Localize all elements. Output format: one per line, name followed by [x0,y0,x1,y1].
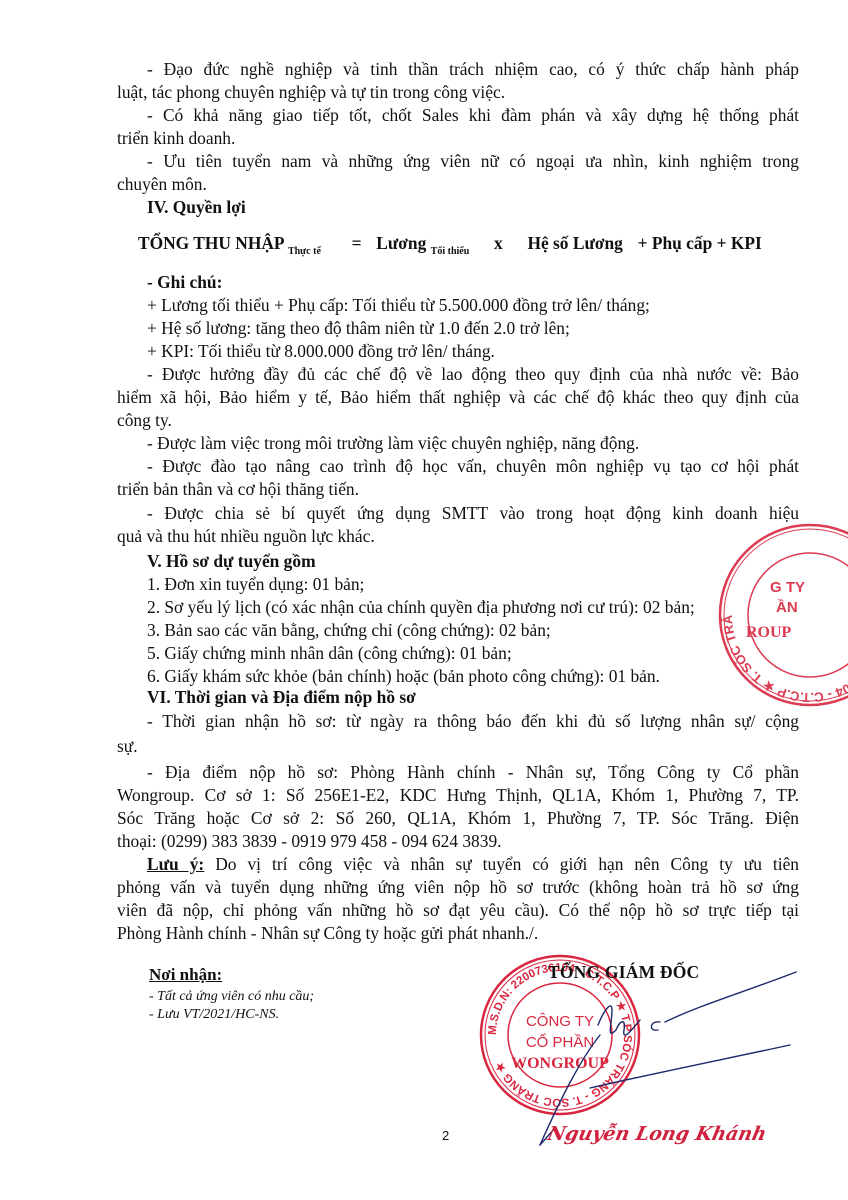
stamps-overlay: 6104 - C.T.C.P ★ T. SÓC TRĂNG G TY ẦN RO… [0,0,848,1200]
document-page: - Đạo đức nghề nghiệp và tinh thần trách… [0,0,848,1200]
edge-stamp-line-2: ẦN [776,599,798,616]
stamp-line-1: CÔNG TY [526,1013,594,1030]
edge-stamp-line-3: ROUP [746,624,792,641]
edge-stamp-line-1: G TY [770,579,805,596]
signer-name: Nguyễn Long Khánh [546,1123,769,1145]
edge-stamp-icon: 6104 - C.T.C.P ★ T. SÓC TRĂNG G TY ẦN RO… [0,0,848,705]
signature-title: TỔNG GIÁM ĐỐC [548,962,699,983]
stamp-line-3: WONGROUP [511,1055,609,1072]
stamp-line-2: CỔ PHẦN [526,1033,594,1051]
